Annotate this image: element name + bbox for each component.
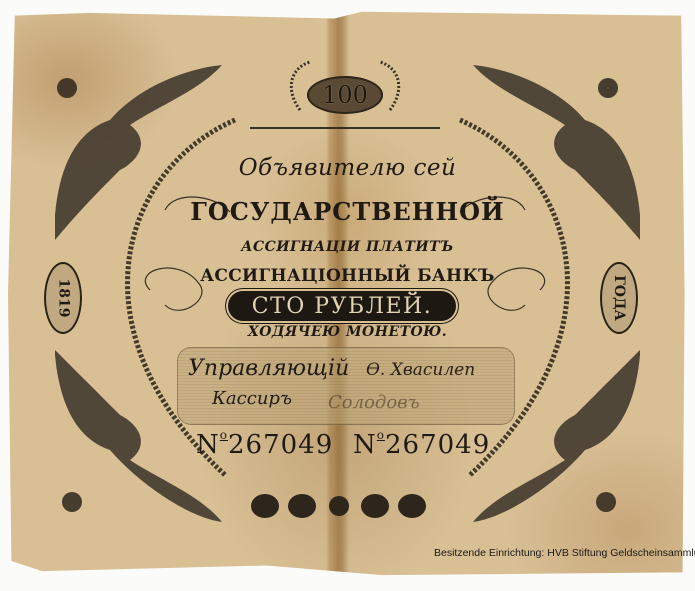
year-label-oval: ГОДА — [600, 262, 638, 334]
year-text: 1819 — [55, 279, 71, 318]
manager-label: Управляющій — [188, 356, 349, 381]
denomination-numeral-oval: 100 — [307, 76, 383, 114]
cashier-label: Кассиръ — [212, 388, 292, 409]
serial-digits: 267049 — [228, 430, 333, 460]
bank-name-text: АССИГНАЦІОННЫЙ БАНКЪ — [0, 266, 695, 286]
intro-script-text: Объявителю сей — [0, 155, 695, 181]
serial-number-left: No267049 — [196, 428, 333, 460]
cashier-signature: Солодовъ — [328, 392, 420, 413]
denomination-words: СТО РУБЛЕЙ. — [252, 294, 433, 319]
serial-number-right: No267049 — [353, 428, 490, 460]
collection-credit: Besitzende Einrichtung: HVB Stiftung Gel… — [434, 547, 695, 559]
signature-panel: Управляющій Ѳ. Хвасилеп Кассиръ Солодовъ — [177, 347, 515, 425]
manager-signature: Ѳ. Хвасилеп — [366, 360, 475, 380]
serial-digits: 267049 — [385, 430, 490, 460]
serial-prefix: N — [196, 430, 220, 460]
issuer-heading: ГОСУДАРСТВЕННОЙ — [0, 197, 695, 226]
year-label-text: ГОДА — [611, 275, 627, 321]
year-oval: 1819 — [44, 262, 82, 334]
denomination-numeral: 100 — [322, 81, 368, 109]
serial-superscript: o — [220, 428, 228, 442]
serial-prefix: N — [353, 430, 377, 460]
pay-line-text: АССИГНАЦІИ ПЛАТИТЪ — [0, 239, 695, 255]
palmette-ornament-icon — [251, 494, 426, 518]
serial-superscript: o — [377, 428, 385, 442]
currency-line-text: ХОДЯЧЕЮ МОНЕТОЮ. — [0, 324, 695, 340]
denomination-words-box: СТО РУБЛЕЙ. — [228, 291, 456, 321]
